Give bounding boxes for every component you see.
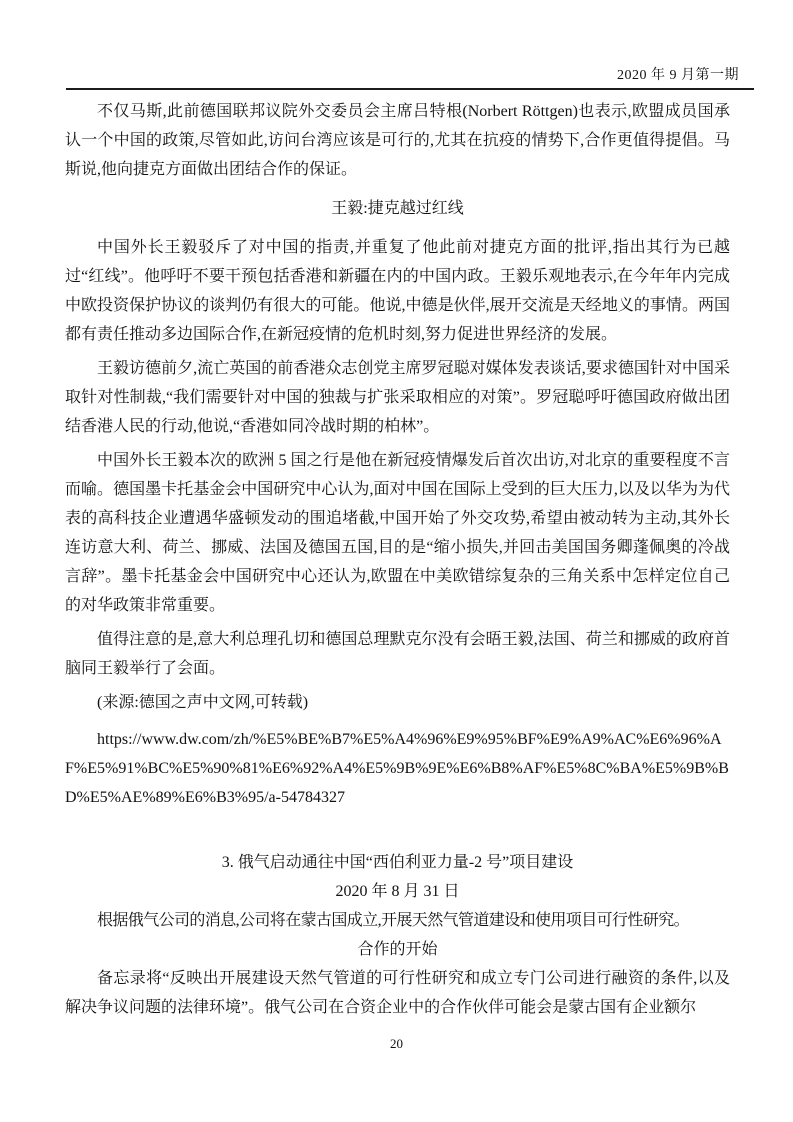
gazprom-paragraph: 备忘录将“反映出开展建设天然气管道的可行性研究和成立专门公司进行融资的条件,以及… [65, 964, 730, 1022]
issue-label: 2020 年 9 月第一期 [66, 68, 754, 84]
page-number: 20 [390, 1036, 403, 1051]
page-body: 不仅马斯,此前德国联邦议院外交委员会主席吕特根(Norbert Röttgen)… [65, 97, 730, 1022]
document-page: 2020 年 9 月第一期 不仅马斯,此前德国联邦议院外交委员会主席吕特根(No… [0, 0, 793, 1122]
paragraph-maas: 不仅马斯,此前德国联邦议院外交委员会主席吕特根(Norbert Röttgen)… [65, 97, 730, 184]
source-note: (来源:德国之声中文网,可转载) [65, 688, 730, 717]
page-footer: 20 [0, 1036, 793, 1051]
gazprom-subheading: 合作的开始 [65, 935, 730, 964]
wang-yi-paragraph-1: 中国外长王毅驳斥了对中国的指责,并重复了他此前对捷克方面的批评,指出其行为已越过… [65, 233, 730, 349]
wang-yi-paragraph-3: 中国外长王毅本次的欧洲 5 国之行是他在新冠疫情爆发后首次出访,对北京的重要程度… [65, 446, 730, 620]
wang-yi-subheadline: 王毅:捷克越过红线 [65, 194, 730, 223]
article-url: https://www.dw.com/zh/%E5%BE%B7%E5%A4%96… [65, 725, 730, 812]
page-header: 2020 年 9 月第一期 [66, 68, 754, 90]
wang-yi-paragraph-4: 值得注意的是,意大利总理孔切和德国总理默克尔没有会晤王毅,法国、荷兰和挪威的政府… [65, 625, 730, 683]
gazprom-article-date: 2020 年 8 月 31 日 [65, 877, 730, 906]
gazprom-lead-paragraph: 根据俄气公司的消息,公司将在蒙古国成立,开展天然气管道建设和使用项目可行性研究。 [65, 906, 730, 935]
wang-yi-paragraph-2: 王毅访德前夕,流亡英国的前香港众志创党主席罗冠聪对媒体发表谈话,要求德国针对中国… [65, 354, 730, 441]
gazprom-article-title: 3. 俄气启动通往中国“西伯利亚力量-2 号”项目建设 [65, 848, 730, 877]
